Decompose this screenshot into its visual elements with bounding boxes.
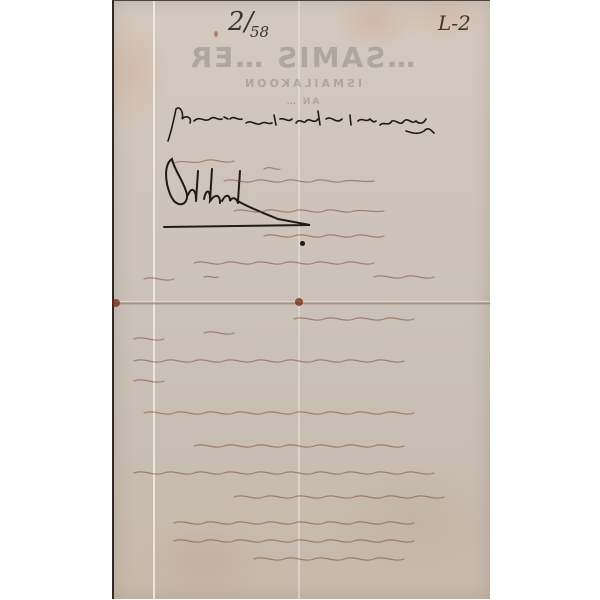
letter-paper: …SAMIS …ER ISMAILAKOON AN … 2/ 58 L-2 [112,0,490,599]
letter-body-text [114,1,490,599]
